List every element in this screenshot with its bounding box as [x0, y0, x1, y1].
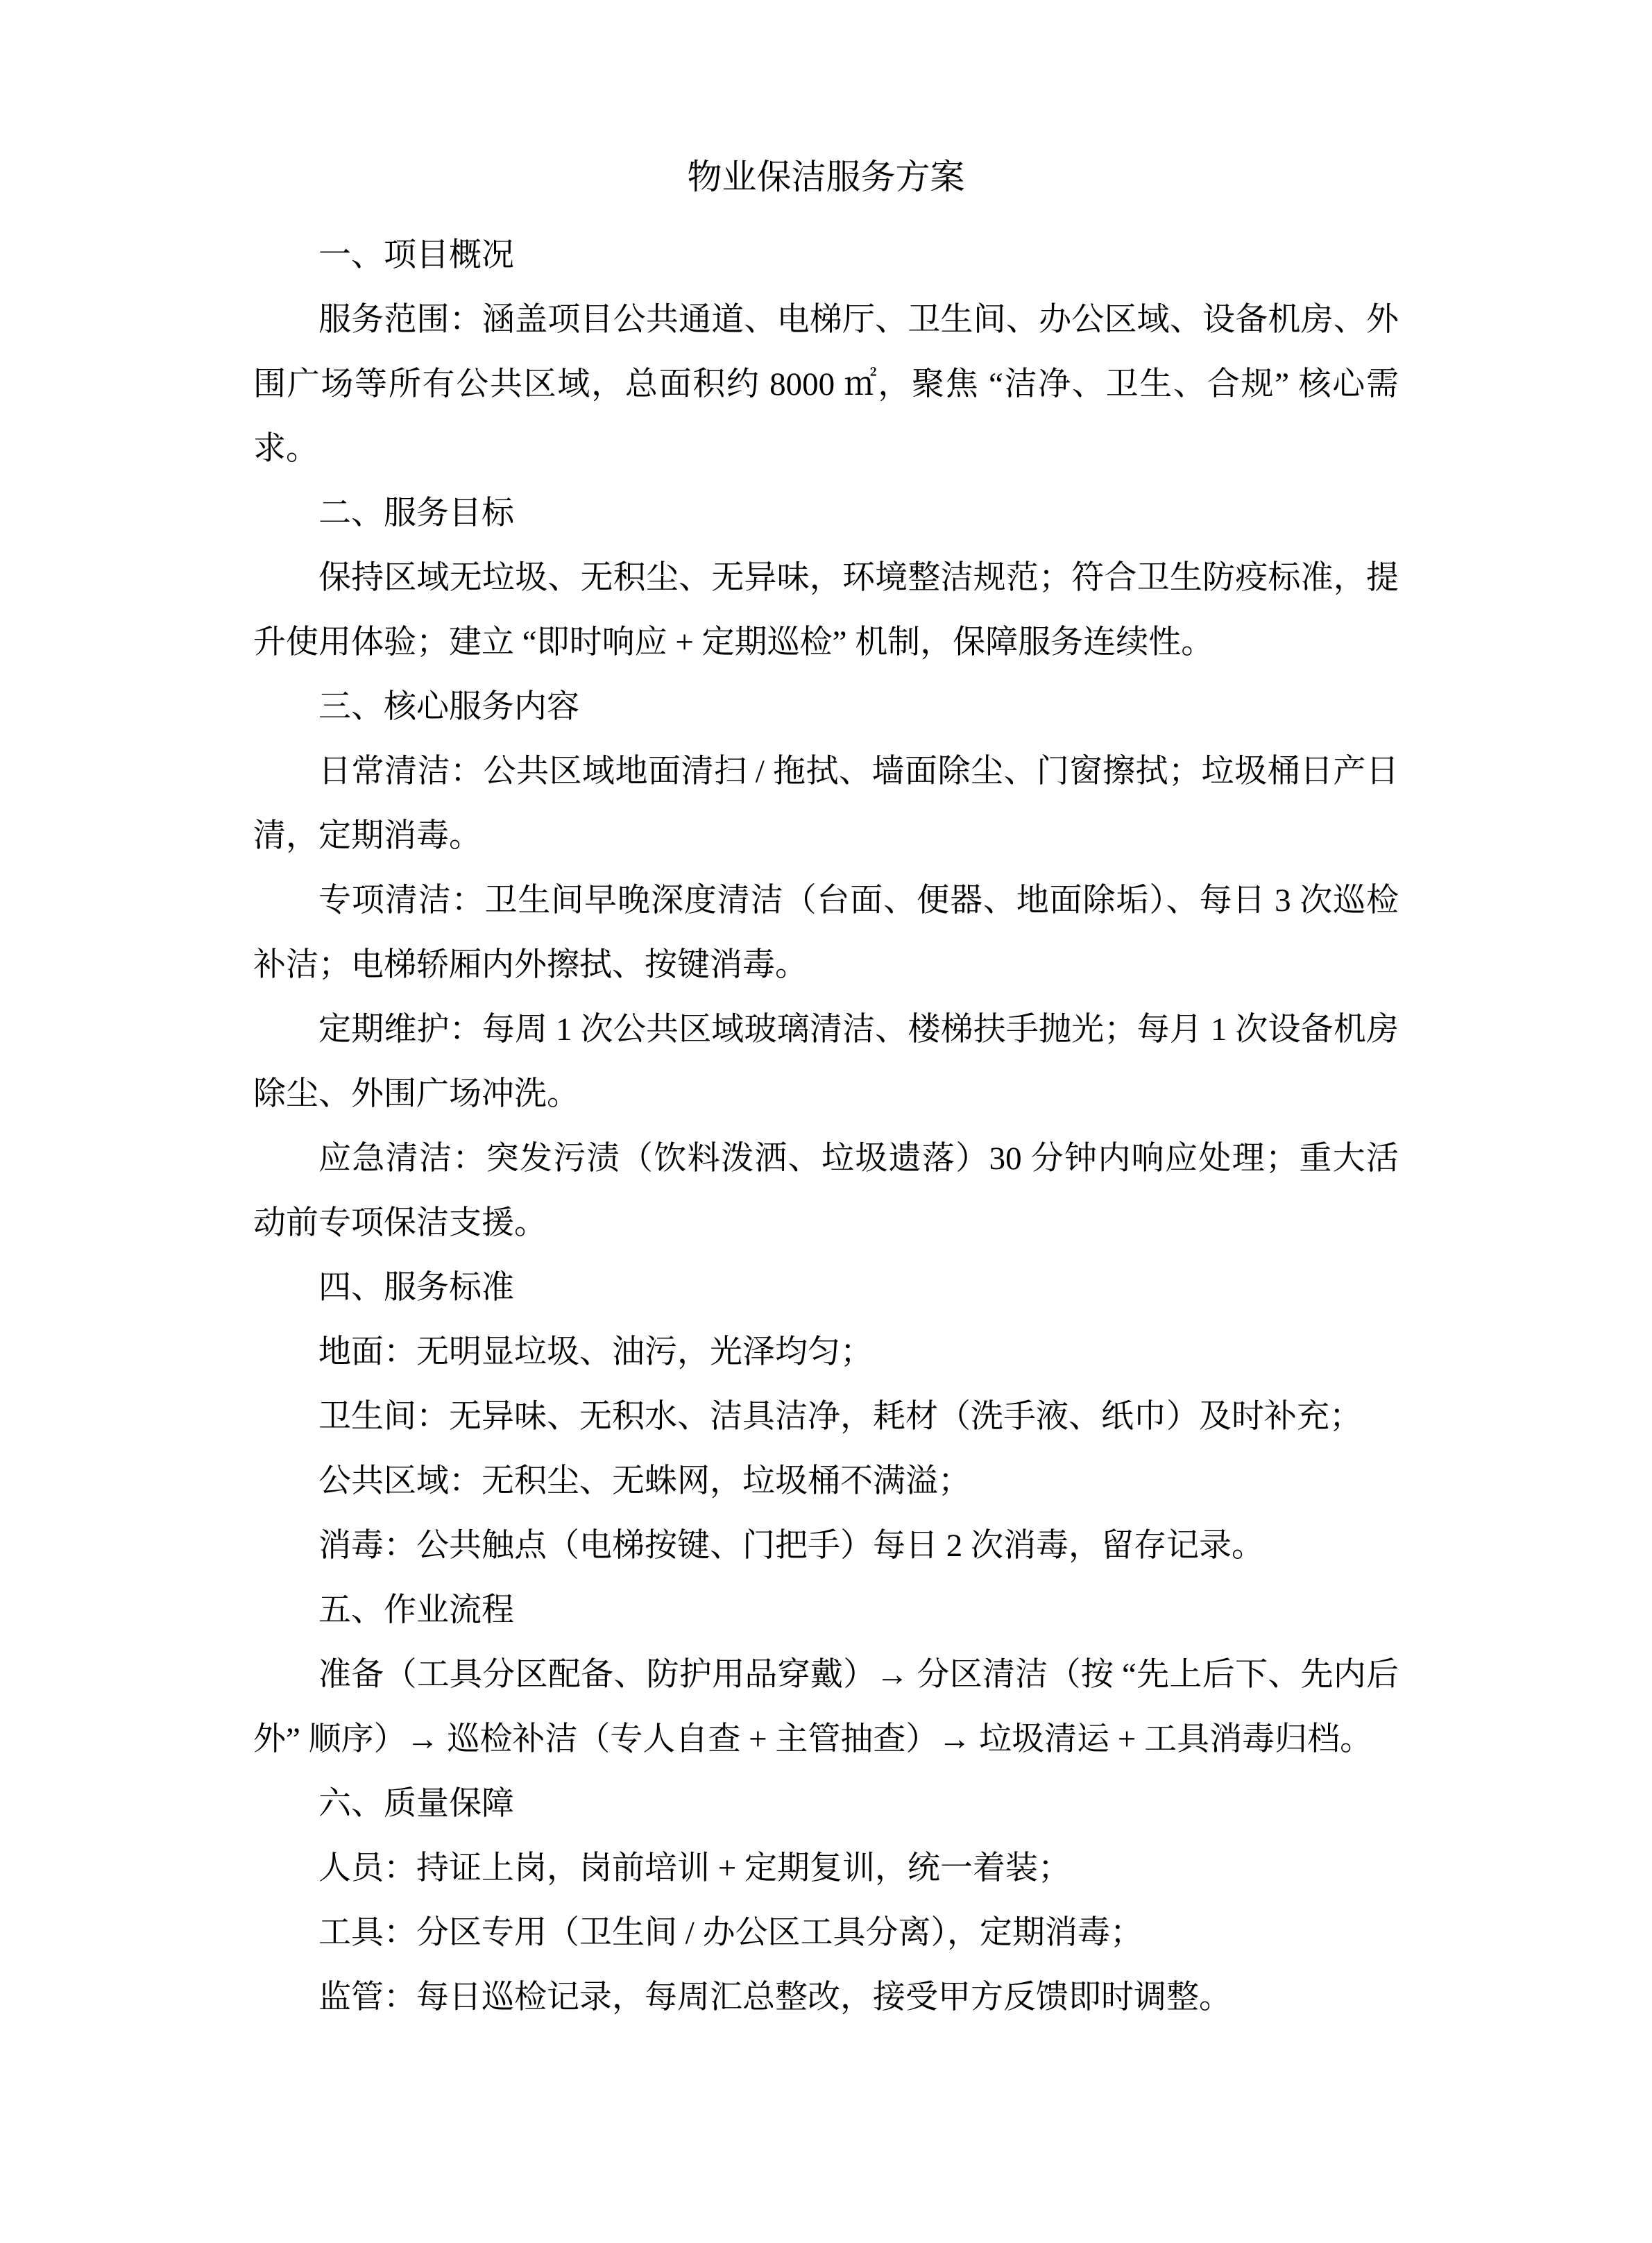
para-periodic-maintenance: 定期维护：每周 1 次公共区域玻璃清洁、楼梯扶手抛光；每月 1 次设备机房除尘、… [253, 998, 1399, 1127]
document-page: 物业保洁服务方案 一、项目概况 服务范围：涵盖项目公共通道、电梯厅、卫生间、办公… [0, 0, 1652, 2243]
para-daily-cleaning: 日常清洁：公共区域地面清扫 / 拖拭、墙面除尘、门窗擦拭；垃圾桶日产日清，定期消… [253, 740, 1399, 869]
heading-work-process: 五、作业流程 [253, 1578, 1399, 1643]
para-standard-restroom: 卫生间：无异味、无积水、洁具洁净，耗材（洗手液、纸巾）及时补充； [253, 1385, 1399, 1449]
para-service-scope: 服务范围：涵盖项目公共通道、电梯厅、卫生间、办公区域、设备机房、外围广场等所有公… [253, 288, 1399, 481]
para-qa-supervision: 监管：每日巡检记录，每周汇总整改，接受甲方反馈即时调整。 [253, 1965, 1399, 2030]
para-standard-disinfection: 消毒：公共触点（电梯按键、门把手）每日 2 次消毒，留存记录。 [253, 1514, 1399, 1578]
para-work-process: 准备（工具分区配备、防护用品穿戴）→ 分区清洁（按 “先上后下、先内后外” 顺序… [253, 1643, 1399, 1772]
para-standard-public-area: 公共区域：无积尘、无蛛网，垃圾桶不满溢； [253, 1449, 1399, 1514]
para-special-cleaning: 专项清洁：卫生间早晚深度清洁（台面、便器、地面除垢）、每日 3 次巡检补洁；电梯… [253, 869, 1399, 998]
heading-core-services: 三、核心服务内容 [253, 675, 1399, 740]
heading-service-goals: 二、服务目标 [253, 481, 1399, 546]
para-standard-floor: 地面：无明显垃圾、油污，光泽均匀； [253, 1320, 1399, 1385]
heading-service-standards: 四、服务标准 [253, 1256, 1399, 1320]
heading-project-overview: 一、项目概况 [253, 223, 1399, 288]
para-emergency-cleaning: 应急清洁：突发污渍（饮料泼洒、垃圾遗落）30 分钟内响应处理；重大活动前专项保洁… [253, 1127, 1399, 1256]
para-qa-tools: 工具：分区专用（卫生间 / 办公区工具分离），定期消毒； [253, 1901, 1399, 1965]
para-service-goals: 保持区域无垃圾、无积尘、无异味，环境整洁规范；符合卫生防疫标准，提升使用体验；建… [253, 546, 1399, 675]
para-qa-personnel: 人员：持证上岗，岗前培训 + 定期复训，统一着装； [253, 1836, 1399, 1901]
document-title: 物业保洁服务方案 [253, 144, 1399, 210]
heading-quality-assurance: 六、质量保障 [253, 1772, 1399, 1836]
